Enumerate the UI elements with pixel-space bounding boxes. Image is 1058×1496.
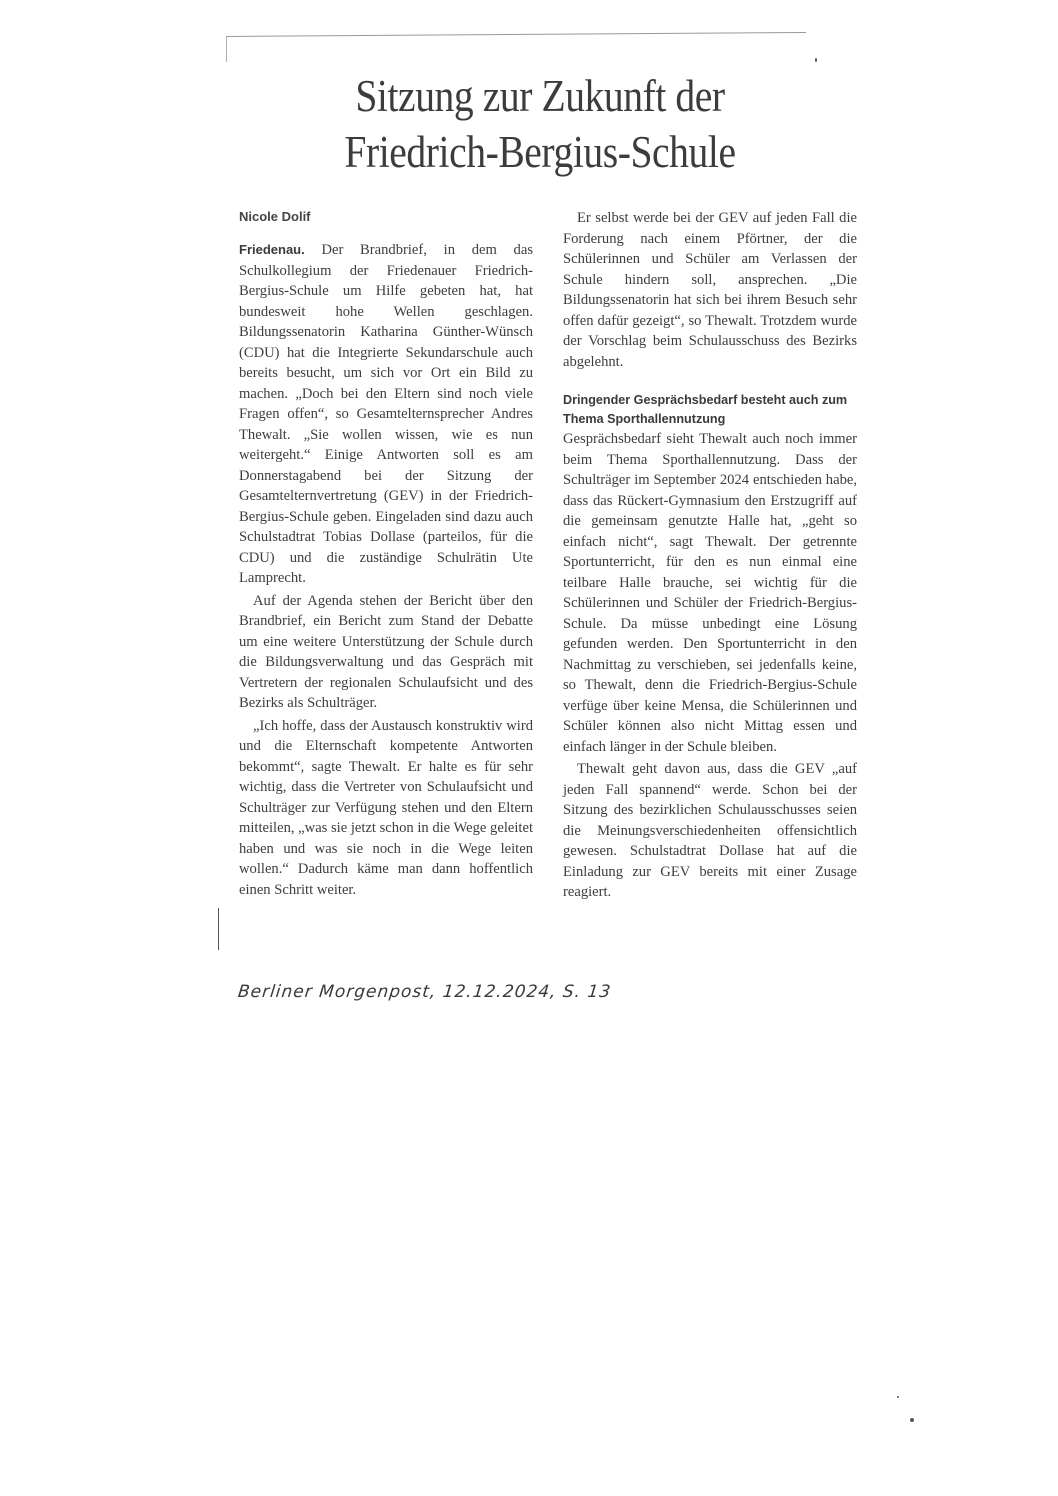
- article-paragraph: Auf der Agenda stehen der Bericht über d…: [239, 591, 533, 714]
- author-byline: Nicole Dolif: [239, 208, 533, 226]
- clipping-border-left: [226, 36, 227, 62]
- scan-speck: [910, 1418, 914, 1422]
- scan-speck: [897, 1396, 899, 1398]
- clipping-border-top: [226, 32, 806, 37]
- article-column-left: Nicole Dolif Friedenau. Der Brandbrief, …: [239, 208, 533, 902]
- article-subhead: Dringender Gesprächsbedarf besteht auch …: [563, 391, 857, 429]
- article-paragraph: Thewalt geht davon aus, dass die GEV „au…: [563, 759, 857, 903]
- article-paragraph: Friedenau. Der Brandbrief, in dem das Sc…: [239, 240, 533, 589]
- headline-line-1: Sitzung zur Zukunft der: [355, 71, 724, 121]
- paragraph-text: Der Brandbrief, in dem das Schulkollegiu…: [239, 242, 533, 586]
- margin-pen-mark: [218, 908, 219, 950]
- article-column-right: Er selbst werde bei der GEV auf jeden Fa…: [563, 208, 857, 905]
- article-headline: Sitzung zur Zukunft der Friedrich-Bergiu…: [276, 68, 804, 180]
- scan-speck: [815, 58, 817, 62]
- headline-line-2: Friedrich-Bergius-Schule: [344, 127, 735, 177]
- article-paragraph: „Ich hoffe, dass der Austausch konstrukt…: [239, 716, 533, 901]
- dateline: Friedenau.: [239, 242, 305, 257]
- handwritten-source-note: Berliner Morgenpost, 12.12.2024, S. 13: [237, 982, 612, 1002]
- article-paragraph: Er selbst werde bei der GEV auf jeden Fa…: [563, 208, 857, 372]
- article-paragraph: Gesprächsbedarf sieht Thewalt auch noch …: [563, 429, 857, 757]
